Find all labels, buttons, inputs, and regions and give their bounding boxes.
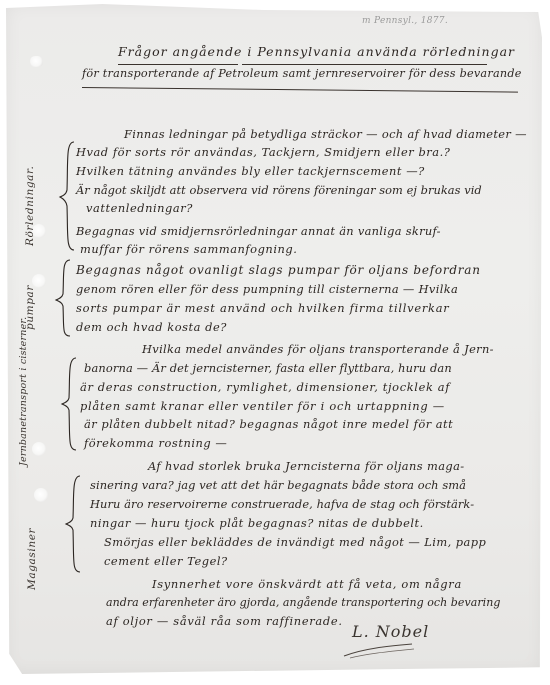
body-line: af oljor — såväl råa som raffinerade. xyxy=(106,614,343,628)
body-line: Af hvad storlek bruka Jerncisterna för o… xyxy=(148,459,465,473)
brace-pipelines xyxy=(58,140,78,252)
signature-flourish xyxy=(340,640,420,660)
body-line: förekomma rostning — xyxy=(84,436,227,450)
body-line: Hvilken tätning användes bly eller tackj… xyxy=(76,164,425,178)
margin-note-magazines: Magasiner xyxy=(26,528,38,590)
archive-pencil-note: m Pennsyl., 1877. xyxy=(362,16,448,26)
brace-pumps xyxy=(54,258,74,338)
margin-note-pipelines: Rörledningar. xyxy=(24,166,36,246)
body-line: sinering vara? jag vet att det här begag… xyxy=(90,478,466,492)
body-line: Finnas ledningar på betydliga sträckor —… xyxy=(124,127,527,141)
body-line: vattenledningar? xyxy=(86,201,193,215)
letter-page xyxy=(6,4,542,674)
brace-magazines xyxy=(64,474,84,574)
title-underline-1b xyxy=(242,64,487,65)
signature: L. Nobel xyxy=(352,622,429,641)
body-line: Begagnas något ovanligt slags pumpar för… xyxy=(76,263,481,277)
punch-hole xyxy=(32,442,46,456)
brace-rail-transport xyxy=(60,356,80,452)
body-line: Hvilka medel användes för oljans transpo… xyxy=(142,342,494,356)
punch-hole xyxy=(30,56,43,67)
body-line: genom rören eller för dess pumpning till… xyxy=(76,282,458,296)
title-line-1: Frågor angående i Pennsylvania använda r… xyxy=(118,44,515,59)
body-line: andra erfarenheter äro gjorda, angående … xyxy=(106,596,500,609)
body-line: Begagnas vid smidjernsrörledningar annat… xyxy=(76,224,441,238)
body-line: muffar för rörens sammanfogning. xyxy=(80,242,297,256)
body-line: cement eller Tegel? xyxy=(104,554,228,568)
punch-hole xyxy=(34,488,48,502)
body-line: banorna — Är det jerncisterner, fasta el… xyxy=(84,361,452,375)
body-line: Hvad för sorts rör användas, Tackjern, S… xyxy=(76,145,450,159)
body-line: är plåten dubbelt nitad? begagnas något … xyxy=(84,417,453,431)
body-line: sorts pumpar är mest använd och hvilken … xyxy=(76,301,449,315)
body-line: är deras construction, rymlighet, dimens… xyxy=(80,380,450,394)
body-line: Huru äro reservoirerne construerade, haf… xyxy=(90,497,474,511)
margin-note-rail-transport: Jernbanetransport i cisterner. xyxy=(18,317,29,466)
title-line-2: för transporterande af Petroleum samt je… xyxy=(82,67,522,80)
body-line: plåten samt kranar eller ventiler för i … xyxy=(80,399,445,413)
body-line: dem och hvad kosta de? xyxy=(76,320,227,334)
body-line: Isynnerhet vore önskvärdt att få veta, o… xyxy=(152,577,462,591)
body-line: Är något skiljdt att observera vid rören… xyxy=(76,183,482,197)
title-underline-1 xyxy=(118,64,238,65)
body-line: ningar — huru tjock plåt begagnas? nitas… xyxy=(90,516,424,530)
body-line: Smörjas eller bekläddes de invändigt med… xyxy=(104,535,486,549)
